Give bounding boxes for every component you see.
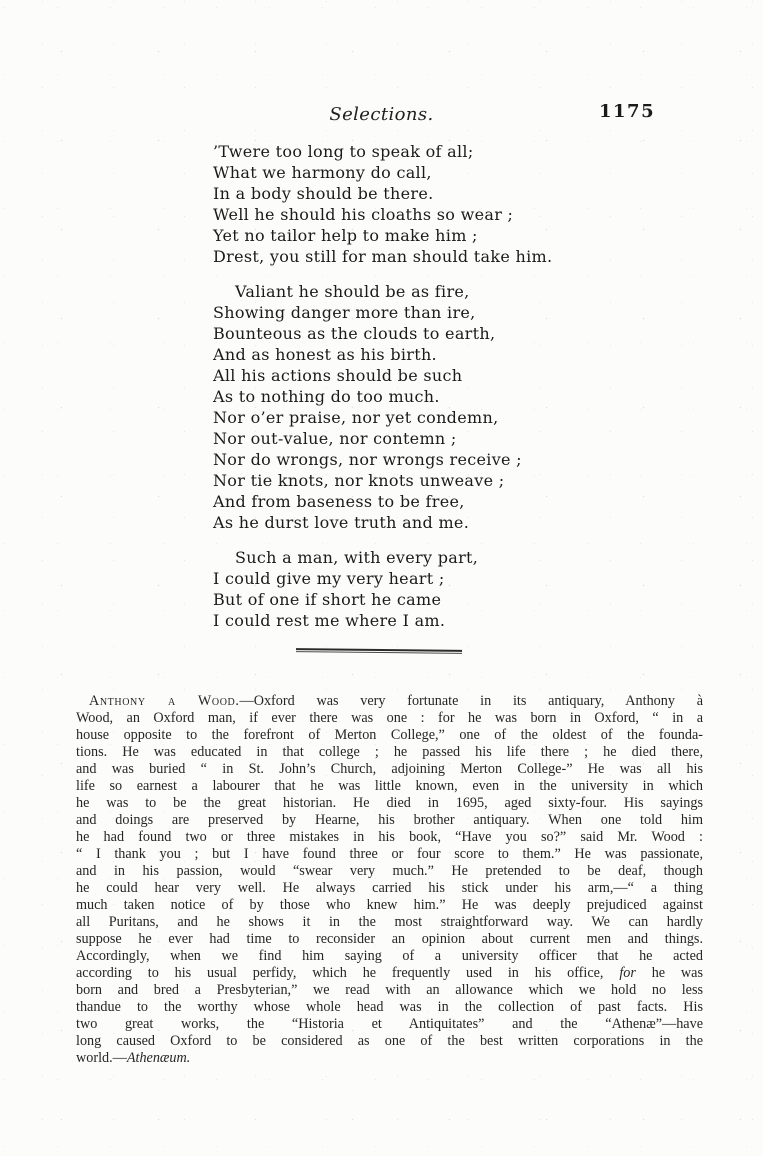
article-line: and was buried “ in St. John’s Church, a… bbox=[76, 761, 703, 778]
article-line: all Puritans, and he shows it in the mos… bbox=[76, 914, 703, 931]
article-line: life so earnest a labourer that he was l… bbox=[76, 778, 703, 795]
poem-line: As he durst love truth and me. bbox=[213, 512, 552, 533]
page-number: 1175 bbox=[599, 101, 655, 122]
article-line: tions. He was educated in that college ;… bbox=[76, 744, 703, 761]
poem-line: And from baseness to be free, bbox=[213, 491, 552, 512]
article-line: “ I thank you ; but I have found three o… bbox=[76, 846, 703, 863]
poem-line: ’Twere too long to speak of all; bbox=[213, 141, 552, 162]
poem: ’Twere too long to speak of all; What we… bbox=[213, 141, 552, 645]
article-line: Wood, an Oxford man, if ever there was o… bbox=[76, 710, 703, 727]
article-source-attribution: Athenæum. bbox=[127, 1050, 190, 1066]
article-line: much taken notice of by those who knew h… bbox=[76, 897, 703, 914]
poem-stanza-2: Valiant he should be as fire, Showing da… bbox=[213, 281, 552, 533]
poem-line: Drest, you still for man should take him… bbox=[213, 246, 552, 267]
article-lead-smallcaps: Anthony a Wood. bbox=[89, 693, 240, 709]
section-divider-rule bbox=[296, 648, 462, 654]
article-line-text: according to his usual perfidy, which he… bbox=[76, 965, 619, 981]
poem-line: Nor do wrongs, nor wrongs receive ; bbox=[213, 449, 552, 470]
poem-line: Yet no tailor help to make him ; bbox=[213, 225, 552, 246]
article-line-text: he was bbox=[636, 965, 703, 981]
poem-line: As to nothing do too much. bbox=[213, 386, 552, 407]
article-line: house opposite to the forefront of Merto… bbox=[76, 727, 703, 744]
poem-line: But of one if short he came bbox=[213, 589, 552, 610]
article-line-text: world.— bbox=[76, 1050, 127, 1066]
article-italic-word: for bbox=[619, 965, 636, 981]
poem-line: Bounteous as the clouds to earth, bbox=[213, 323, 552, 344]
poem-line: Such a man, with every part, bbox=[213, 547, 552, 568]
article-line: according to his usual perfidy, which he… bbox=[76, 965, 703, 982]
article-line: born and bred a Presbyterian,” we read w… bbox=[76, 982, 703, 999]
article-line: he had found two or three mistakes in hi… bbox=[76, 829, 703, 846]
article-line: he could hear very well. He always carri… bbox=[76, 880, 703, 897]
poem-line: Well he should his cloaths so wear ; bbox=[213, 204, 552, 225]
article-line: two great works, the “Historia et Antiqu… bbox=[76, 1016, 703, 1033]
poem-line: In a body should be there. bbox=[213, 183, 552, 204]
poem-line: Nor tie knots, nor knots unweave ; bbox=[213, 470, 552, 491]
article-line: Accordingly, when we find him saying of … bbox=[76, 948, 703, 965]
poem-line: All his actions should be such bbox=[213, 365, 552, 386]
poem-line: Nor o’er praise, nor yet condemn, bbox=[213, 407, 552, 428]
article-line: world.—Athenæum. bbox=[76, 1050, 703, 1067]
article-line: long caused Oxford to be considered as o… bbox=[76, 1033, 703, 1050]
article-line: thandue to the worthy whose whole head w… bbox=[76, 999, 703, 1016]
poem-stanza-3: Such a man, with every part, I could giv… bbox=[213, 547, 552, 631]
article-line: Anthony a Wood.—Oxford was very fortunat… bbox=[76, 693, 703, 710]
poem-line: I could give my very heart ; bbox=[213, 568, 552, 589]
poem-line: Valiant he should be as fire, bbox=[213, 281, 552, 302]
poem-line: What we harmony do call, bbox=[213, 162, 552, 183]
poem-line: I could rest me where I am. bbox=[213, 610, 552, 631]
poem-line: Showing danger more than ire, bbox=[213, 302, 552, 323]
article-anthony-a-wood: Anthony a Wood.—Oxford was very fortunat… bbox=[76, 693, 703, 1067]
article-line: and in his passion, would “swear very mu… bbox=[76, 863, 703, 880]
poem-line: Nor out-value, nor contemn ; bbox=[213, 428, 552, 449]
poem-line: And as honest as his birth. bbox=[213, 344, 552, 365]
poem-stanza-1: ’Twere too long to speak of all; What we… bbox=[213, 141, 552, 267]
scanned-book-page: Selections. 1175 ’Twere too long to spea… bbox=[0, 0, 763, 1156]
article-line-text: —Oxford was very fortunate in its antiqu… bbox=[240, 693, 703, 709]
article-line: he was to be the great historian. He die… bbox=[76, 795, 703, 812]
article-line: and doings are preserved by Hearne, his … bbox=[76, 812, 703, 829]
article-line: suppose he ever had time to reconsider a… bbox=[76, 931, 703, 948]
